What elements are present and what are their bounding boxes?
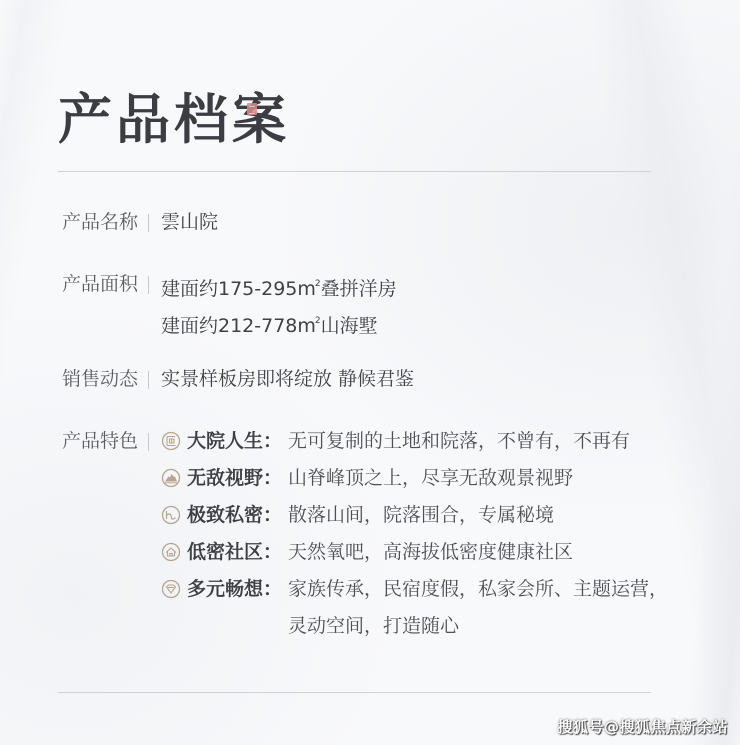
feature-item: 多元畅想： 家族传承，民宿度假，私家会所、主题运营， 灵动空间，打造随心 — [161, 571, 668, 645]
feature-colon: ： — [263, 460, 282, 497]
product-area-value: 建面约175-295m2叠拼洋房 建面约212-778m2山海墅 — [161, 266, 397, 340]
feature-name: 多元畅想 — [187, 571, 263, 608]
mountain-view-icon — [161, 468, 181, 488]
page-title: 产品档案 — [58, 92, 290, 146]
area-line-townhouse: 建面约175-295m2叠拼洋房 — [161, 266, 397, 303]
row-sales-status: 销售动态 实景样板房即将绽放 静候君鉴 — [62, 361, 414, 398]
privacy-icon — [161, 505, 181, 525]
diamond-heart-icon — [161, 579, 181, 599]
feature-colon: ： — [263, 534, 282, 571]
feature-item: 大院人生： 无可复制的土地和院落，不曾有，不再有 — [161, 423, 668, 460]
area-range-text: 建面约212-778m — [161, 315, 316, 337]
row-label: 产品面积 — [62, 266, 142, 303]
area-type-text: 山海墅 — [321, 315, 378, 337]
feature-item: 无敌视野： 山脊峰顶之上，尽享无敌观景视野 — [161, 460, 668, 497]
feature-name: 无敌视野 — [187, 460, 263, 497]
row-separator — [148, 371, 149, 389]
row-label: 产品特色 — [62, 423, 142, 460]
feature-description: 天然氧吧，高海拔低密度健康社区 — [288, 534, 573, 571]
area-range-text: 建面约175-295m — [161, 278, 316, 300]
feature-name: 极致私密 — [187, 497, 263, 534]
feature-description: 山脊峰顶之上，尽享无敌观景视野 — [288, 460, 573, 497]
row-separator — [148, 214, 149, 232]
feature-name: 低密社区 — [187, 534, 263, 571]
home-community-icon — [161, 542, 181, 562]
feature-item: 低密社区： 天然氧吧，高海拔低密度健康社区 — [161, 534, 668, 571]
area-line-villa: 建面约212-778m2山海墅 — [161, 303, 397, 340]
feature-colon: ： — [263, 571, 282, 608]
row-separator — [148, 276, 149, 294]
area-type-text: 叠拼洋房 — [321, 278, 397, 300]
feature-colon: ： — [263, 497, 282, 534]
seal-stamp-icon — [247, 103, 257, 115]
row-product-features: 产品特色 大院人生： 无可复制的土地和院落，不曾有，不再有 无敌视野： 山脊峰顶… — [62, 423, 668, 645]
row-product-name: 产品名称 雲山院 — [62, 204, 218, 241]
bottom-divider — [58, 692, 651, 693]
top-divider — [58, 171, 651, 172]
feature-colon: ： — [263, 423, 282, 460]
feature-description-line: 灵动空间，打造随心 — [288, 608, 668, 645]
feature-list: 大院人生： 无可复制的土地和院落，不曾有，不再有 无敌视野： 山脊峰顶之上，尽享… — [161, 423, 668, 645]
feature-description-line: 家族传承，民宿度假，私家会所、主题运营， — [288, 571, 668, 608]
feature-name: 大院人生 — [187, 423, 263, 460]
watermark: 搜狐号@搜狐焦点新余站 — [557, 716, 728, 737]
courtyard-icon — [161, 431, 181, 451]
sales-status-value: 实景样板房即将绽放 静候君鉴 — [161, 361, 414, 398]
row-separator — [148, 433, 149, 451]
product-name-value: 雲山院 — [161, 204, 218, 241]
feature-description: 家族传承，民宿度假，私家会所、主题运营， 灵动空间，打造随心 — [288, 571, 668, 645]
row-product-area: 产品面积 建面约175-295m2叠拼洋房 建面约212-778m2山海墅 — [62, 266, 397, 340]
feature-item: 极致私密： 散落山间，院落围合，专属秘境 — [161, 497, 668, 534]
feature-description: 散落山间，院落围合，专属秘境 — [288, 497, 554, 534]
row-label: 销售动态 — [62, 361, 142, 398]
row-label: 产品名称 — [62, 204, 142, 241]
feature-description: 无可复制的土地和院落，不曾有，不再有 — [288, 423, 630, 460]
